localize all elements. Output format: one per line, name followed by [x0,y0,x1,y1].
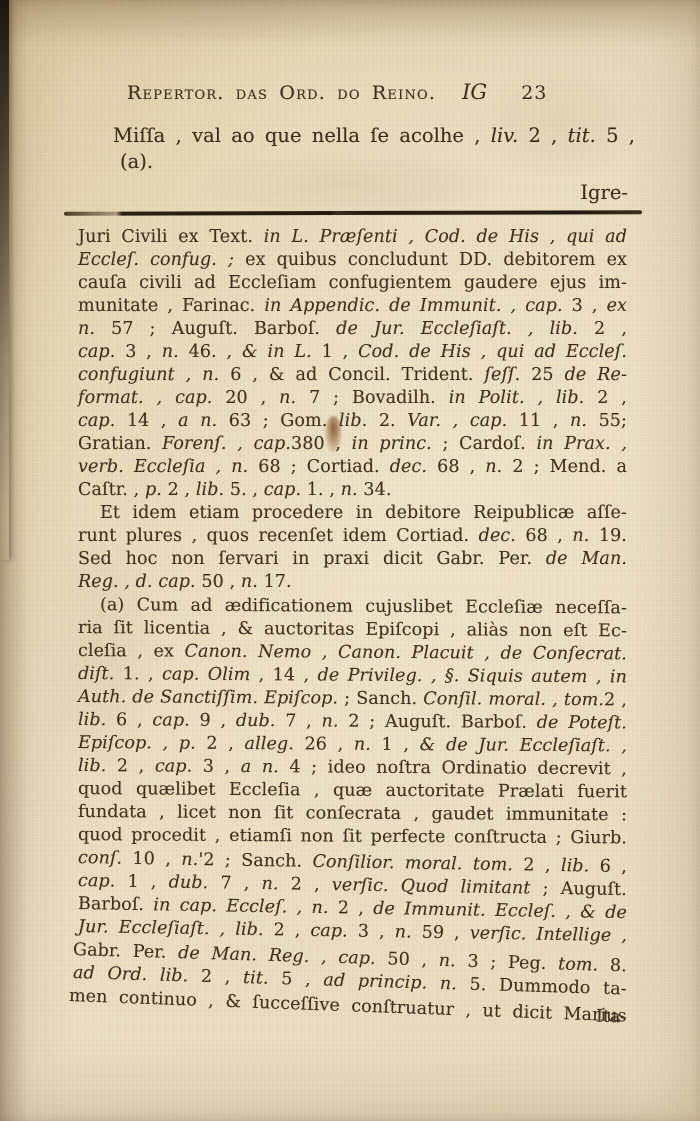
text-segment: 19. [599,526,627,546]
footnote-reference-marker: (a). [120,150,153,173]
italic-text-segment: format. , cap. [78,388,225,408]
text-segment: 7 , [285,711,321,731]
italic-text-segment: Var. , cap. [407,411,519,431]
italic-text-segment: in princ. [352,434,443,454]
italic-text-segment: n. [354,735,382,755]
italic-text-segment: verſic. Intellige , [470,923,627,946]
text-segment: 14 , [127,411,178,431]
paper-blotch [190,150,510,220]
italic-text-segment: n. [279,388,309,408]
text-segment: ex quibus concludunt DD. debitorem ex [245,250,627,270]
text-segment: 9 , [199,711,235,731]
text-segment: 5 , [596,124,635,147]
italic-text-segment: Auth. de Sanctiſſim. Epiſcop. [78,687,344,709]
text-segment: Gratian. [78,434,162,454]
italic-text-segment: ſeſſ. [484,365,531,385]
text-segment: ria ſit licentia , & auctoritas Epiſcopi… [78,618,627,641]
text-line: cap. 14 , a n. 63 ; Gom. lib. 2. Var. , … [78,410,627,433]
text-segment: 4 ; ideo noſtra Ordinatio decrevit , [289,757,627,779]
text-segment: fundata , licet non ſit conſecrata , gau… [78,802,627,825]
footnote-separator-rule [64,210,642,216]
signature-mark: IG [462,80,487,104]
text-line: Juri Civili ex Text. in L. Præſenti , Co… [78,226,627,249]
italic-text-segment: ad Ord. lib. [73,963,201,987]
italic-text-segment: in L. Præſenti , Cod. de His , qui ad [264,227,627,247]
text-line: Et idem etiam procedere in debitore Reip… [78,502,627,525]
italic-text-segment: ad princip. n. [323,970,470,994]
text-segment: 6 , & ad Concil. Trident. [230,365,484,385]
italic-text-segment: n. [322,711,349,731]
italic-text-segment: de Privileg. , §. Siquis autem , in [317,665,627,687]
text-segment: 50 , [387,949,439,971]
italic-text-segment: dub. [236,711,285,731]
text-segment: ; Auguſt. [542,879,627,900]
text-line: Eccleſ. confug. ; ex quibus concludunt D… [78,249,627,272]
italic-text-segment: Canon. Nemo , Canon. Placuit , de Conſec… [184,642,627,665]
text-segment: 2 , [273,920,310,941]
text-line: lib. 6 , cap. 9 , dub. 7 , n. 2 ; Auguſt… [78,709,627,735]
section-catchword: Igre- [580,181,628,204]
italic-text-segment: tom. [558,954,610,976]
text-segment: 2 , [206,734,244,754]
text-line: Auth. de Sanctiſſim. Epiſcop. ; Sanch. C… [78,686,627,712]
italic-text-segment: dec. [479,526,526,546]
text-segment: 5. , [230,480,264,500]
text-segment: 2 , [117,756,155,776]
text-segment: 68 , [437,457,485,477]
italic-text-segment: tit. [243,968,282,989]
text-line: verb. Eccleſia , n. 68 ; Cortiad. dec. 6… [78,456,627,479]
text-segment: Barboſ. [78,894,154,915]
text-segment: 34. [363,480,391,500]
text-segment: 1 , [382,735,420,755]
text-segment: ; Cardoſ. [442,434,536,454]
italic-text-segment: tit. [568,124,596,147]
text-line: quod procedit , etiamſi non ſit perfecte… [78,824,627,850]
text-segment: 2 , [523,855,561,876]
italic-text-segment: n. [439,951,468,972]
text-segment: 3 , [203,757,241,777]
text-segment: 63 ; Gom. [229,411,339,431]
italic-text-segment: cap. [264,480,307,500]
running-title: Repertor. das Ord. do Reino. [127,82,436,104]
italic-text-segment: Reg. , d. cap. [78,572,201,592]
italic-text-segment: n. [572,526,598,546]
text-segment: 50 , [201,572,240,592]
text-segment: 380 , [291,434,352,454]
italic-text-segment: p. [145,480,168,500]
text-segment: 1 , [127,872,168,893]
text-segment: 8. [610,956,627,976]
italic-text-segment: Jur. Eccleſiaſt. , lib. [78,917,274,940]
text-segment: 17. [264,572,292,592]
text-line: runt plures , quos recenſet idem Cortiad… [78,525,627,548]
italic-text-segment: cap. [155,756,203,776]
text-segment: 6 , [600,857,628,877]
italic-text-segment: Forenſ. , cap. [162,434,291,454]
italic-text-segment: Cod. de His , qui ad Eccleſ. [358,342,627,362]
text-segment: 20 , [225,388,279,408]
italic-text-segment: Eccleſ. confug. ; [78,250,245,270]
text-segment: 7 , [220,873,261,894]
italic-text-segment: a n. [178,411,229,431]
text-segment: 3 , [125,342,162,362]
text-segment: 3 , [572,296,607,316]
italic-text-segment: n. [181,850,198,870]
italic-text-segment: lib. [561,856,600,877]
text-segment: 1. , [123,664,162,684]
text-segment: ; Sanch. [344,689,423,709]
italic-text-segment: liv. [491,124,518,147]
text-segment: 2 , [594,319,627,339]
text-segment: 11 , [519,411,570,431]
scan-edge-shadow [0,0,9,560]
text-line: Reg. , d. cap. 50 , n. 17. [78,571,627,594]
text-line: (a) Cum ad ædificationem cujuslibet Eccl… [78,594,627,620]
text-segment: 68 , [525,526,572,546]
italic-text-segment: cap. [152,710,199,730]
text-segment: 2 , [338,898,374,919]
italic-text-segment: cap. [78,871,128,892]
text-segment: 55; [599,411,627,431]
italic-text-segment: lib. [78,710,116,730]
main-text-line: Miſſa , val ao que nella ſe acolhe , liv… [113,123,635,148]
text-segment: 46. , [189,342,242,362]
text-segment: Gabr. Per. [73,940,179,963]
text-segment: 2. [379,411,407,431]
text-segment: Miſſa , val ao que nella ſe acolhe , [113,124,491,147]
italic-text-segment: dub. [169,873,221,894]
text-segment: 2 , [597,388,627,408]
text-segment: Caſtr. , [78,480,145,500]
italic-text-segment: de Immunit. Eccleſ. , & de [373,899,627,923]
italic-text-segment: in Prax. , [536,434,627,454]
italic-text-segment: n. [570,411,599,431]
text-segment: 3 , [358,922,395,943]
page-catchword: Ita- [595,1007,626,1028]
text-segment: 5. Dummodo ta- [469,975,627,1000]
text-line: ria ſit licentia , & auctoritas Epiſcopi… [78,617,627,643]
text-segment: quod procedit , etiamſi non ſit perfecte… [78,825,627,848]
footnote-lines: Juri Civili ex Text. in L. Præſenti , Co… [78,226,627,1008]
italic-text-segment: verb. Eccleſia , n. [78,457,258,477]
text-line: confugiunt , n. 6 , & ad Concil. Trident… [78,364,627,387]
text-segment: 68 ; Cortiad. [258,457,389,477]
italic-text-segment: cap. [78,411,127,431]
italic-text-segment: lib. [78,756,117,776]
italic-text-segment: in cap. Eccleſ. , n. [153,895,338,918]
italic-text-segment: confugiunt , n. [78,365,230,385]
italic-text-segment: Conſilior. moral. tom. [312,852,523,875]
text-line: format. , cap. 20 , n. 7 ; Bovadilh. in … [78,387,627,410]
text-line: Epiſcop. , p. 2 , alleg. 26 , n. 1 , & d… [78,732,627,758]
italic-text-segment: n. [341,480,364,500]
page-number: 23 [521,82,547,104]
text-segment: runt plures , quos recenſet idem Cortiad… [78,526,479,546]
italic-text-segment: conſ. [78,848,133,869]
italic-text-segment: n. [395,922,422,942]
text-segment: 2 ; Mend. a [512,457,627,477]
italic-text-segment: cap. Olim [162,665,259,686]
text-line: quod quælibet Eccleſia , quæ auctoritate… [78,778,627,804]
italic-text-segment: & in L. [242,342,322,362]
text-segment: 2 , [518,124,568,147]
italic-text-segment: in Polit. , lib. [449,388,598,408]
italic-text-segment: Conſil. moral. , tom. [423,689,604,710]
italic-text-segment: n. [261,874,290,894]
text-line: Miſſa , val ao que nella ſe acolhe , liv… [113,123,635,148]
text-segment: 5 , [281,969,324,990]
text-segment: 2 , [291,875,332,896]
italic-text-segment: a n. [241,757,290,777]
text-segment: 3 ; Peg. [467,952,558,975]
text-segment: 1 , [322,342,359,362]
text-segment: 10 , [132,849,181,870]
italic-text-segment: lib. [196,480,230,500]
text-line: Caſtr. , p. 2 , lib. 5. , cap. 1. , n. 3… [78,479,627,502]
italic-text-segment: de Re- [565,365,627,385]
text-segment: Sed hoc non ſervari in praxi dicit Gabr.… [78,549,546,569]
text-segment: 26 , [304,734,353,754]
text-segment: , 14 , [259,665,318,685]
italic-text-segment: de Poteſt. [537,713,627,734]
text-segment: cleſia , ex [78,641,185,662]
text-line: cauſa civili ad Eccleſiam confugientem g… [78,272,627,295]
italic-text-segment: dec. [390,457,437,477]
italic-text-segment: n. [485,457,512,477]
text-segment: Et idem etiam procedere in debitore Reip… [100,503,627,523]
text-segment: 2 , [604,690,627,710]
paper-blotch [470,60,650,180]
italic-text-segment: & de Jur. Eccleſiaſt. , [420,735,627,756]
italic-text-segment: cap. [310,921,358,942]
text-segment: (a) Cum ad ædificationem cujuslibet Eccl… [100,595,627,618]
italic-text-segment: de Jur. Eccleſiaſt. , lib. [336,319,594,339]
text-segment: 2 , [168,480,196,500]
text-segment: 7 ; Bovadilh. [309,388,449,408]
text-segment: 2 ; Auguſt. Barboſ. [348,712,537,733]
text-line: munitate , Farinac. in Appendic. de Immu… [78,295,627,318]
italic-text-segment: in Appendic. de Immunit. , cap. [264,296,571,316]
text-line: cleſia , ex Canon. Nemo , Canon. Placuit… [78,640,627,666]
text-segment: 1. , [307,480,341,500]
italic-text-segment: n. [78,319,111,339]
text-line: Gratian. Forenſ. , cap.380 , in princ. ;… [78,433,627,456]
text-segment: cauſa civili ad Eccleſiam confugientem g… [78,273,627,293]
text-segment: munitate , Farinac. [78,296,264,316]
italic-text-segment: ex [607,296,627,316]
italic-text-segment: Epiſcop. , p. [78,733,207,754]
text-segment: '2 ; Sanch. [198,850,312,872]
italic-text-segment: diſt. [78,664,123,684]
book-page-scan: Repertor. das Ord. do Reino. IG 23 Miſſa… [0,0,700,1121]
text-line: lib. 2 , cap. 3 , a n. 4 ; ideo noſtra O… [78,755,627,781]
italic-text-segment: alleg. [245,734,305,754]
text-line: cap. 3 , n. 46. , & in L. 1 , Cod. de Hi… [78,341,627,364]
text-line: n. 57 ; Auguſt. Barboſ. de Jur. Eccleſia… [78,318,627,341]
text-segment: Juri Civili ex Text. [78,227,264,247]
italic-text-segment: n. [162,342,189,362]
italic-text-segment: lib. [339,411,379,431]
text-line: diſt. 1. , cap. Olim , 14 , de Privileg.… [78,663,627,689]
text-line: Sed hoc non ſervari in praxi dicit Gabr.… [78,548,627,571]
text-line: fundata , licet non ſit conſecrata , gau… [78,801,627,827]
italic-text-segment: n. [241,572,264,592]
italic-text-segment: verſic. Quod limitant [332,875,543,898]
italic-text-segment: cap. [78,342,125,362]
text-segment: 25 [531,365,564,385]
italic-text-segment: de Man. [546,549,627,569]
text-segment: 59 , [422,923,470,944]
text-segment: 57 ; Auguſt. Barboſ. [111,319,336,339]
text-segment: quod quælibet Eccleſia , quæ auctoritate… [78,779,627,802]
text-segment: 6 , [116,710,152,730]
running-header: Repertor. das Ord. do Reino. IG 23 [127,80,627,104]
text-segment: 2 , [201,967,244,988]
